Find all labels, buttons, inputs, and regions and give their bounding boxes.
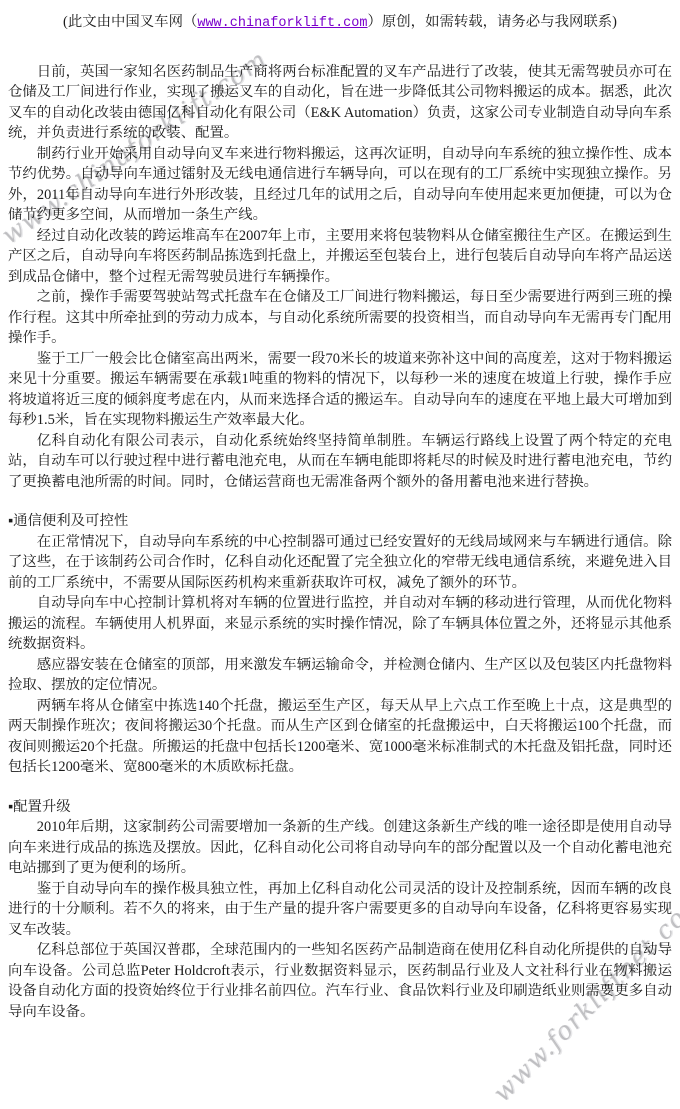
paragraph: 感应器安装在仓储室的顶部，用来激发车辆运输命令，并检测仓储内、生产区以及包装区内… — [8, 655, 672, 696]
paragraph: 自动导向车中心控制计算机将对车辆的位置进行监控，并自动对车辆的移动进行管理，从而… — [8, 593, 672, 655]
section-heading: ▪配置升级 — [8, 797, 672, 818]
attribution-line: (此文由中国叉车网（www.chinaforklift.com）原创，如需转载，… — [8, 12, 672, 35]
paragraph: 鉴于自动导向车的操作极具独立性，再加上亿科自动化公司灵活的设计及控制系统，因而车… — [8, 879, 672, 941]
paragraph: 亿科自动化有限公司表示，自动化系统始终坚持简单制胜。车辆运行路线上设置了两个特定… — [8, 431, 672, 493]
attribution-suffix: ）原创，如需转载，请务必与我网联系) — [368, 14, 617, 30]
chinaforklift-link[interactable]: www.chinaforklift.com — [197, 16, 367, 31]
paragraph: 亿科总部位于英国汉普郡，全球范围内的一些知名医药产品制造商在使用亿科自动化所提供… — [8, 940, 672, 1022]
section-heading: ▪通信便利及可控性 — [8, 511, 672, 532]
paragraph: 日前，英国一家知名医药制品生产商将两台标准配置的叉车产品进行了改装，使其无需驾驶… — [8, 62, 672, 144]
article-page: (此文由中国叉车网（www.chinaforklift.com）原创，如需转载，… — [0, 0, 680, 1022]
paragraph: 在正常情况下，自动导向车系统的中心控制器可通过已经安置好的无线局域网来与车辆进行… — [8, 532, 672, 594]
paragraph: 制药行业开始采用自动导向叉车来进行物料搬运，这再次证明，自动导向车系统的独立操作… — [8, 144, 672, 226]
attribution-prefix: (此文由中国叉车网（ — [63, 14, 197, 30]
article-body: 日前，英国一家知名医药制品生产商将两台标准配置的叉车产品进行了改装，使其无需驾驶… — [8, 62, 672, 1023]
paragraph: 经过自动化改装的跨运堆高车在2007年上市，主要用来将包装物料从仓储室搬往生产区… — [8, 226, 672, 288]
paragraph: 之前，操作手需要驾驶站驾式托盘车在仓储及工厂间进行物料搬运，每日至少需要进行两到… — [8, 287, 672, 349]
paragraph: 鉴于工厂一般会比仓储室高出两米，需要一段70米长的坡道来弥补这中间的高度差，这对… — [8, 349, 672, 431]
paragraph: 两辆车将从仓储室中拣选140个托盘，搬运至生产区，每天从早上六点工作至晚上十点，… — [8, 696, 672, 778]
paragraph: 2010年后期，这家制药公司需要增加一条新的生产线。创建这条新生产线的唯一途径即… — [8, 817, 672, 879]
